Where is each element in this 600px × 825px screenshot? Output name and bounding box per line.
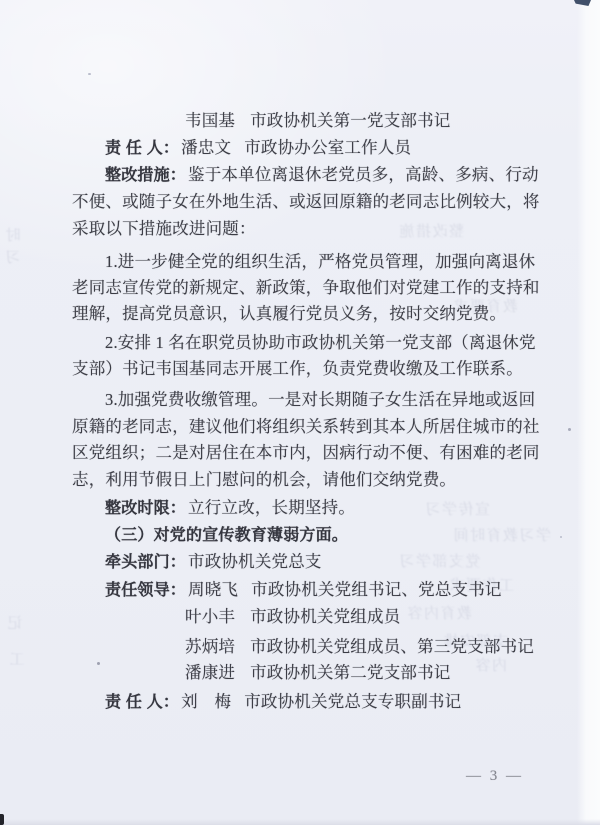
- document-line: 整改时限：立行立改，长期坚持。: [105, 497, 355, 520]
- paper-speck: [568, 428, 571, 431]
- body-text: 潘忠文: [181, 137, 231, 159]
- body-text: 市政协办公室工作人员: [244, 137, 411, 159]
- document-line: 2.安排 1 名在职党员协助市政协机关第一党支部（离退休党: [105, 332, 536, 354]
- label-text: 整改措施：: [105, 165, 186, 187]
- bleedthrough-text: 记: [6, 612, 23, 633]
- bleedthrough-text: 教育内容: [406, 602, 472, 623]
- label-text: 整改时限：: [105, 498, 186, 520]
- body-text: 市政协机关党组成员: [250, 606, 400, 628]
- body-text: 支部）书记韦国基同志开展工作，负责党费收缴及工作联系。: [72, 358, 523, 380]
- document-line: 志，利用节假日上门慰问的机会，请他们交纳党费。: [72, 469, 456, 491]
- document-line: 采取以下措施改进问题：: [72, 218, 256, 240]
- body-text: 3.加强党费收缴管理。一是对长期随子女生活在异地或返回: [105, 389, 535, 411]
- scan-edge-bottom-shade: [0, 819, 600, 825]
- paper-speck: [88, 73, 91, 75]
- body-text: 原籍的老同志，建议他们将组织关系转到其本人所居住城市的社: [72, 416, 540, 438]
- body-text: 1.进一步健全党的组织生活，严格党员管理，加强向离退休: [105, 251, 535, 273]
- document-line: 责 任 人：潘忠文市政协办公室工作人员: [105, 137, 411, 160]
- label-text: 责 任 人：: [105, 692, 179, 714]
- document-line: 韦国基市政协机关第一党支部书记: [185, 110, 451, 132]
- label-text: （三）对党的宣传教育薄弱方面。: [105, 525, 348, 547]
- document-line: 整改措施：鉴于本单位离退休老党员多，高龄、多病、行动: [105, 164, 539, 187]
- body-text: 苏炳培: [185, 636, 235, 658]
- bleedthrough-text: 整改措施: [398, 220, 464, 241]
- document-line: 叶小丰市政协机关党组成员: [185, 606, 400, 628]
- body-text: 潘康进: [185, 662, 235, 684]
- document-line: （三）对党的宣传教育薄弱方面。: [105, 524, 348, 547]
- body-text: 立行立改，长期坚持。: [188, 497, 355, 519]
- scanned-document-page: 整改措施教育要求内容宣传学习学习教育时间党支部学习工作要求教育内容支部安排内容时…: [0, 0, 600, 825]
- label-text: 责任领导：: [105, 580, 186, 602]
- document-line: 责任领导：周晓飞市政协机关党组书记、党总支书记: [105, 579, 502, 602]
- body-text: 志，利用节假日上门慰问的机会，请他们交纳党费。: [72, 469, 456, 491]
- bleedthrough-text: 党支部学习: [398, 550, 481, 571]
- body-text: 市政协机关第一党支部书记: [250, 110, 450, 132]
- bleedthrough-text: 宣传学习: [424, 498, 490, 519]
- body-text: 不便、或随子女在外地生活、或返回原籍的老同志比例较大，将: [72, 191, 540, 213]
- body-text: 叶小丰: [185, 606, 235, 628]
- document-line: 原籍的老同志，建议他们将组织关系转到其本人所居住城市的社: [72, 416, 540, 438]
- page-number: — 3 —: [466, 768, 524, 785]
- paper-speck: [97, 662, 100, 665]
- document-line: 老同志宣传党的新规定、新政策，争取他们对党建工作的支持和: [72, 277, 540, 299]
- body-text: 周晓飞: [188, 579, 238, 601]
- label-text: 责 任 人：: [105, 138, 179, 160]
- bleedthrough-text: 习: [4, 246, 21, 267]
- label-text: 牵头部门：: [105, 552, 186, 574]
- body-text: 老同志宣传党的新规定、新政策，争取他们对党建工作的支持和: [72, 277, 540, 299]
- body-text: 刘 梅: [181, 691, 231, 713]
- document-line: 不便、或随子女在外地生活、或返回原籍的老同志比例较大，将: [72, 191, 540, 213]
- body-text: 市政协机关党组成员、第三党支部书记: [250, 636, 534, 658]
- document-line: 1.进一步健全党的组织生活，严格党员管理，加强向离退休: [105, 251, 535, 273]
- body-text: 理解，提高党员意识，认真履行党员义务，按时交纳党费。: [72, 303, 506, 325]
- document-line: 苏炳培市政协机关党组成员、第三党支部书记: [185, 636, 534, 658]
- body-text: 采取以下措施改进问题：: [72, 218, 256, 240]
- document-line: 支部）书记韦国基同志开展工作，负责党费收缴及工作联系。: [72, 358, 523, 380]
- body-text: 市政协机关党总支专职副书记: [244, 691, 461, 713]
- paper-speck: [560, 536, 562, 538]
- document-line: 责 任 人：刘 梅市政协机关党总支专职副书记: [105, 691, 461, 714]
- body-text: 区党组织；二是对居住在本市内，因病行动不便、有困难的老同: [72, 442, 540, 464]
- body-text: 韦国基: [185, 110, 235, 132]
- document-line: 3.加强党费收缴管理。一是对长期随子女生活在异地或返回: [105, 389, 535, 411]
- body-text: 2.安排 1 名在职党员协助市政协机关第一党支部（离退休党: [105, 332, 536, 354]
- scan-edge-right-strip: [577, 0, 600, 825]
- document-line: 牵头部门：市政协机关党总支: [105, 551, 322, 574]
- body-text: 市政协机关党组书记、党总支书记: [251, 579, 502, 601]
- bleedthrough-text: 工: [8, 648, 25, 669]
- body-text: 市政协机关第二党支部书记: [250, 662, 450, 684]
- bleedthrough-text: 时: [4, 224, 21, 245]
- body-text: 市政协机关党总支: [188, 551, 322, 573]
- body-text: 鉴于本单位离退休老党员多，高龄、多病、行动: [188, 164, 539, 186]
- document-line: 潘康进市政协机关第二党支部书记: [185, 662, 451, 684]
- document-line: 理解，提高党员意识，认真履行党员义务，按时交纳党费。: [72, 303, 506, 325]
- bleedthrough-text: 学习教育时间: [452, 524, 551, 545]
- document-line: 区党组织；二是对居住在本市内，因病行动不便、有困难的老同: [72, 442, 540, 464]
